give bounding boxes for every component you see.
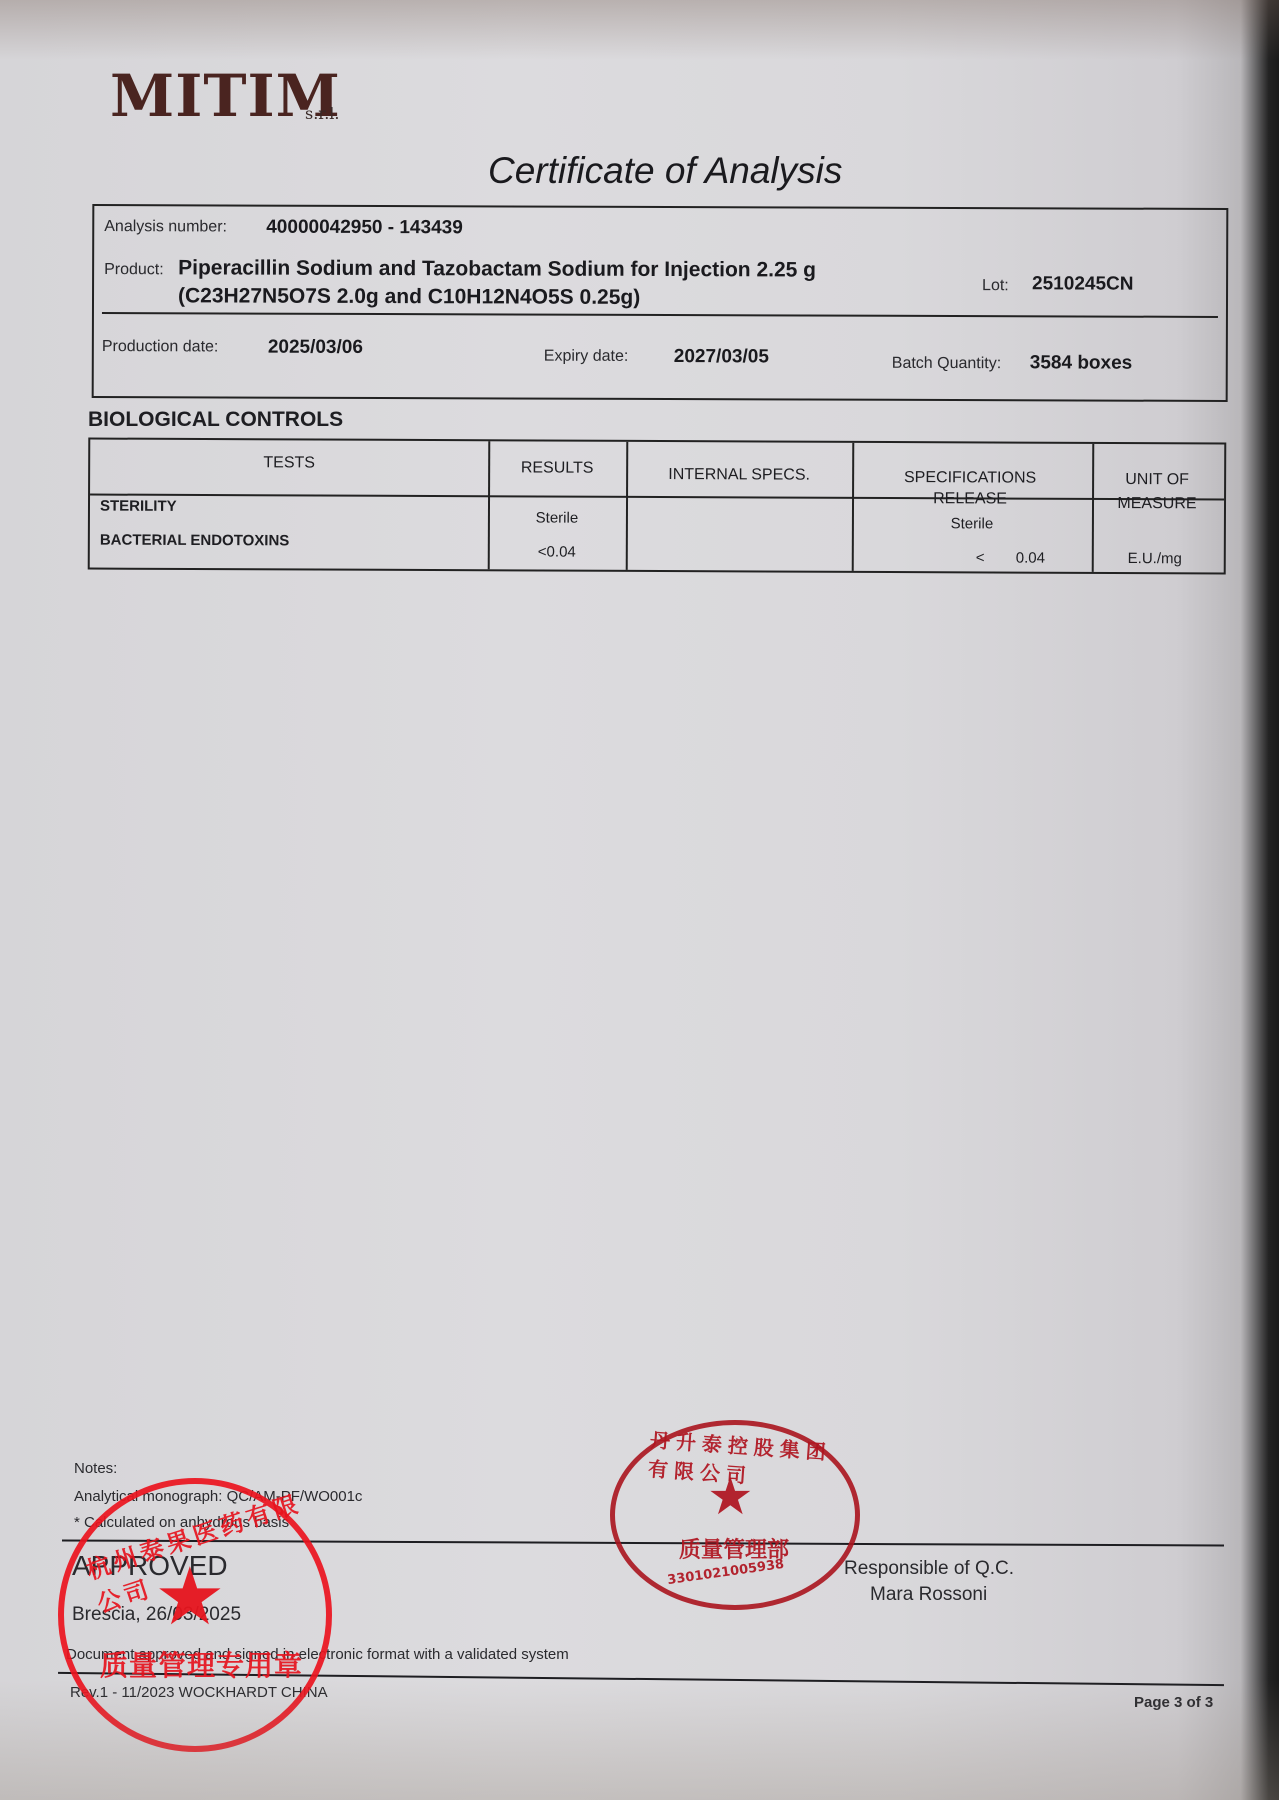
document-page: MITIM s.r.l. Certificate of Analysis Ana…	[0, 0, 1279, 1800]
product-label: Product:	[104, 261, 164, 279]
batch-quantity-value: 3584 boxes	[1030, 352, 1133, 374]
biological-controls-table: TESTS RESULTS INTERNAL SPECS. SPECIFICAT…	[88, 438, 1227, 575]
unit-bacterial-endotoxins: E.U./mg	[1092, 550, 1218, 568]
expiry-date-value: 2027/03/05	[674, 346, 769, 368]
header-divider	[102, 312, 1218, 318]
responsible-name: Mara Rossoni	[870, 1584, 987, 1606]
column-header-unit-of-measure: UNIT OF MEASURE	[1102, 468, 1212, 516]
result-bacterial-endotoxins: <0.04	[488, 543, 626, 561]
responsible-title: Responsible of Q.C.	[844, 1558, 1014, 1580]
column-header-internal-specs: INTERNAL SPECS.	[626, 466, 852, 485]
production-date-label: Production date:	[102, 338, 219, 356]
stamp-ring-text: 丹升泰控股集团有限公司	[647, 1424, 857, 1496]
section-title-biological-controls: BIOLOGICAL CONTROLS	[88, 408, 343, 432]
product-name: Piperacillin Sodium and Tazobactam Sodiu…	[178, 256, 816, 282]
batch-quantity-label: Batch Quantity:	[892, 355, 1001, 373]
quality-department-stamp: ★ 丹升泰控股集团有限公司 质量管理部 3301021005938	[610, 1420, 860, 1610]
notes-label: Notes:	[74, 1460, 117, 1477]
result-sterility: Sterile	[488, 509, 626, 527]
analysis-number-value: 40000042950 - 143439	[266, 217, 463, 240]
company-logo-suffix: s.r.l.	[305, 104, 339, 123]
spec-release-bacterial-endotoxins: 0.04	[1016, 550, 1045, 567]
test-name-bacterial-endotoxins: BACTERIAL ENDOTOXINS	[100, 532, 290, 550]
column-header-specifications-release: SPECIFICATIONS RELEASE	[880, 467, 1060, 510]
production-date-value: 2025/03/06	[268, 337, 363, 359]
test-name-sterility: STERILITY	[100, 498, 177, 515]
column-header-tests: TESTS	[90, 454, 488, 474]
product-formula: (C23H27N5O7S 2.0g and C10H12N4O5S 0.25g)	[178, 284, 640, 310]
expiry-date-label: Expiry date:	[544, 348, 629, 366]
page-number: Page 3 of 3	[1134, 1694, 1213, 1711]
revision-info: Rev.1 - 11/2023 WOCKHARDT CHINA	[70, 1684, 328, 1701]
lot-label: Lot:	[982, 277, 1009, 295]
spec-release-operator: <	[976, 549, 985, 566]
seal-center-text: 质量管理专用章	[100, 1644, 303, 1684]
lot-value: 2510245CN	[1032, 273, 1133, 295]
header-info-box: Analysis number: 40000042950 - 143439 Pr…	[92, 204, 1229, 402]
column-header-results: RESULTS	[488, 459, 626, 478]
document-title: Certificate of Analysis	[488, 150, 842, 192]
spec-release-sterility: Sterile	[852, 515, 1092, 533]
analysis-number-label: Analysis number:	[104, 218, 227, 236]
company-quality-seal: ★ 杭州泰果医药有限公司 质量管理专用章	[58, 1478, 332, 1752]
